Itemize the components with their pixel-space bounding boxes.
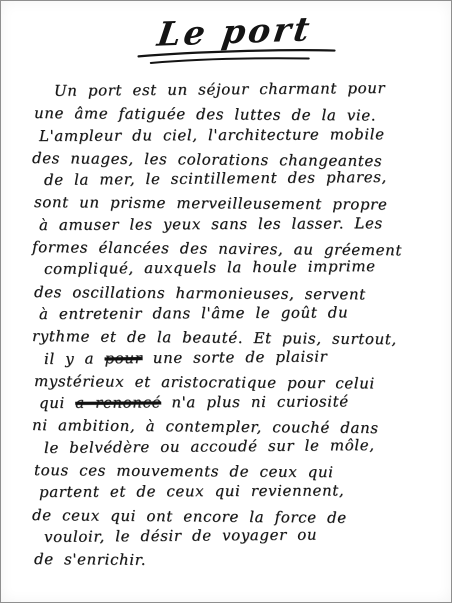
handwritten-text: partent et de ceux qui reviennent, [39,482,344,502]
page-title: Le port [155,9,315,54]
manuscript-line: il y a pour une sorte de plaisir [30,344,435,370]
manuscript-line: à amuser les yeux sans les lasser. Les [30,212,435,236]
handwritten-text: mystérieux et aristocratique pour celui [34,372,375,392]
handwritten-text: compliqué, auxquels la houle imprime [44,257,376,278]
manuscript-line: Un port est un séjour charmant pour [30,76,435,102]
handwritten-text: n'a plus ni curiosité [161,392,349,411]
handwritten-text: L'ampleur du ciel, l'architecture mobile [39,125,385,145]
handwritten-text: vouloir, le désir de voyager ou [44,525,317,545]
handwritten-text: à amuser les yeux sans les lasser. Les [39,214,383,234]
handwritten-text: des oscillations harmonieuses, servent [34,283,366,303]
crossed-out-text: pour [104,349,142,367]
manuscript-line: de s'enrichir. [30,548,435,573]
handwritten-text: de la mer, le scintillement des phares, [44,168,387,189]
handwritten-text: qui [39,394,75,412]
handwritten-text: une sorte de plaisir [142,347,327,367]
handwritten-text: à entretenir dans l'âme le goût du [39,303,348,323]
manuscript-line: L'ampleur du ciel, l'architecture mobile [30,122,435,146]
handwritten-text: sont un prisme merveilleusement propre [34,194,387,214]
handwritten-text: tous ces mouvements de ceux qui [34,461,334,481]
manuscript-line: partent et de ceux qui reviennent, [30,479,435,503]
handwritten-text: le belvédère ou accoudé sur le môle, [44,436,375,457]
handwritten-text: Un port est un séjour charmant pour [54,79,385,100]
manuscript-line: qui a renoncé n'a plus ni curiosité [30,390,435,414]
crossed-out-text: a renoncé [75,393,161,411]
handwritten-text: de s'enrichir. [34,550,146,569]
manuscript-line: vouloir, le désir de voyager ou [30,522,435,548]
manuscript-lines: Un port est un séjour charmant pourune â… [30,80,435,571]
manuscript-line: le belvédère ou accoudé sur le môle, [30,433,435,459]
handwritten-text: une âme fatiguée des luttes de la vie. [34,104,376,124]
handwritten-text: il y a [44,349,105,368]
manuscript-line: de la mer, le scintillement des phares, [30,166,435,192]
manuscript-title-block: Le port [127,8,344,68]
manuscript-line: à entretenir dans l'âme le goût du [30,301,435,325]
manuscript-line: compliqué, auxquels la houle imprime [30,255,435,281]
